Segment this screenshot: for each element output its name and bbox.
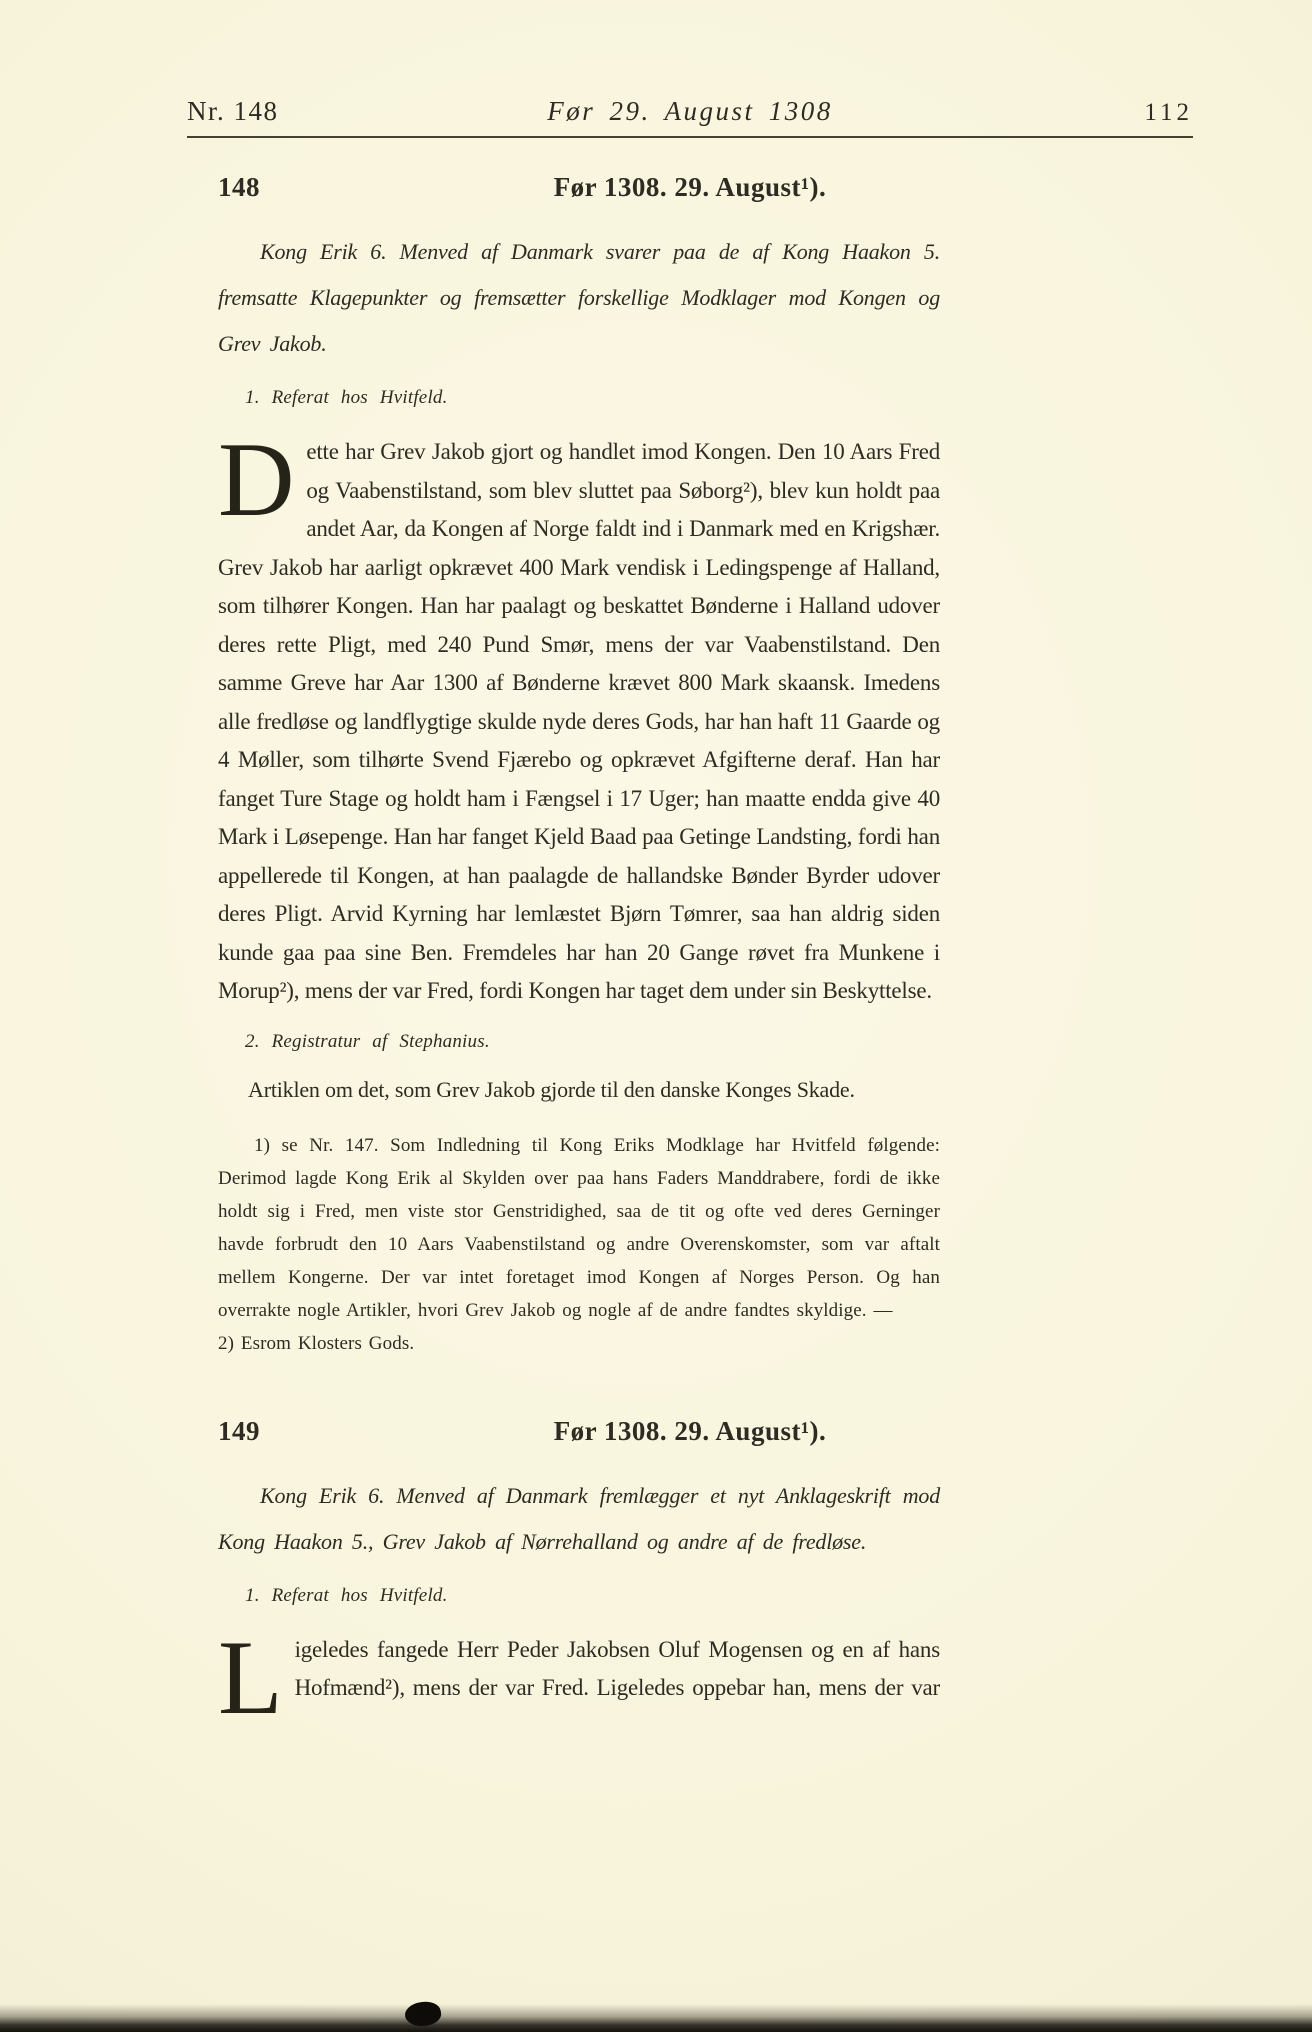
footnote-1: 1) se Nr. 147. Som Indledning til Kong E…: [218, 1129, 940, 1327]
text-column: Nr. 148 Før 29. August 1308 112 148 Før …: [187, 0, 1193, 1718]
scan-edge-shadow: [0, 2004, 1312, 2032]
entry-148: 148 Før 1308. 29. August¹). Kong Erik 6.…: [187, 172, 1193, 1360]
entry-summary: Kong Erik 6. Menved af Danmark fremlægge…: [218, 1473, 940, 1565]
running-header: Nr. 148 Før 29. August 1308 112: [187, 0, 1193, 138]
running-title: Før 29. August 1308: [437, 96, 943, 127]
scanned-book-page: Nr. 148 Før 29. August 1308 112 148 Før …: [0, 0, 1312, 2032]
entry-date-heading: Før 1308. 29. August¹).: [554, 1416, 827, 1446]
entry-date-heading: Før 1308. 29. August¹).: [554, 172, 827, 202]
body-paragraph-text: ette har Grev Jakob gjort og handlet imo…: [218, 439, 940, 1003]
document-number: Nr. 148: [187, 96, 437, 127]
footnotes: 1) se Nr. 147. Som Indledning til Kong E…: [218, 1129, 940, 1360]
entry-number: 148: [218, 172, 260, 203]
source-note: 1. Referat hos Hvitfeld.: [245, 387, 1193, 409]
entry-heading: 148 Før 1308. 29. August¹).: [187, 172, 1193, 203]
drop-cap: L: [218, 1631, 295, 1718]
registratur-text: Artiklen om det, som Grev Jakob gjorde t…: [218, 1077, 978, 1103]
body-paragraph: Ligeledes fangede Herr Peder Jakobsen Ol…: [218, 1631, 940, 1708]
drop-cap: D: [218, 433, 306, 520]
source-note: 1. Referat hos Hvitfeld.: [245, 1585, 1193, 1607]
body-paragraph-text: igeledes fangede Herr Peder Jakobsen Olu…: [295, 1637, 940, 1701]
registratur-note: 2. Registratur af Stephanius.: [245, 1031, 1193, 1053]
entry-149: 149 Før 1308. 29. August¹). Kong Erik 6.…: [187, 1416, 1193, 1708]
entry-number: 149: [218, 1416, 260, 1447]
page-number: 112: [943, 99, 1193, 127]
body-paragraph: Dette har Grev Jakob gjort og handlet im…: [218, 433, 940, 1011]
footnote-2: 2) Esrom Klosters Gods.: [218, 1327, 940, 1360]
entry-summary: Kong Erik 6. Menved af Danmark svarer pa…: [218, 229, 940, 367]
entry-heading: 149 Før 1308. 29. August¹).: [187, 1416, 1193, 1447]
